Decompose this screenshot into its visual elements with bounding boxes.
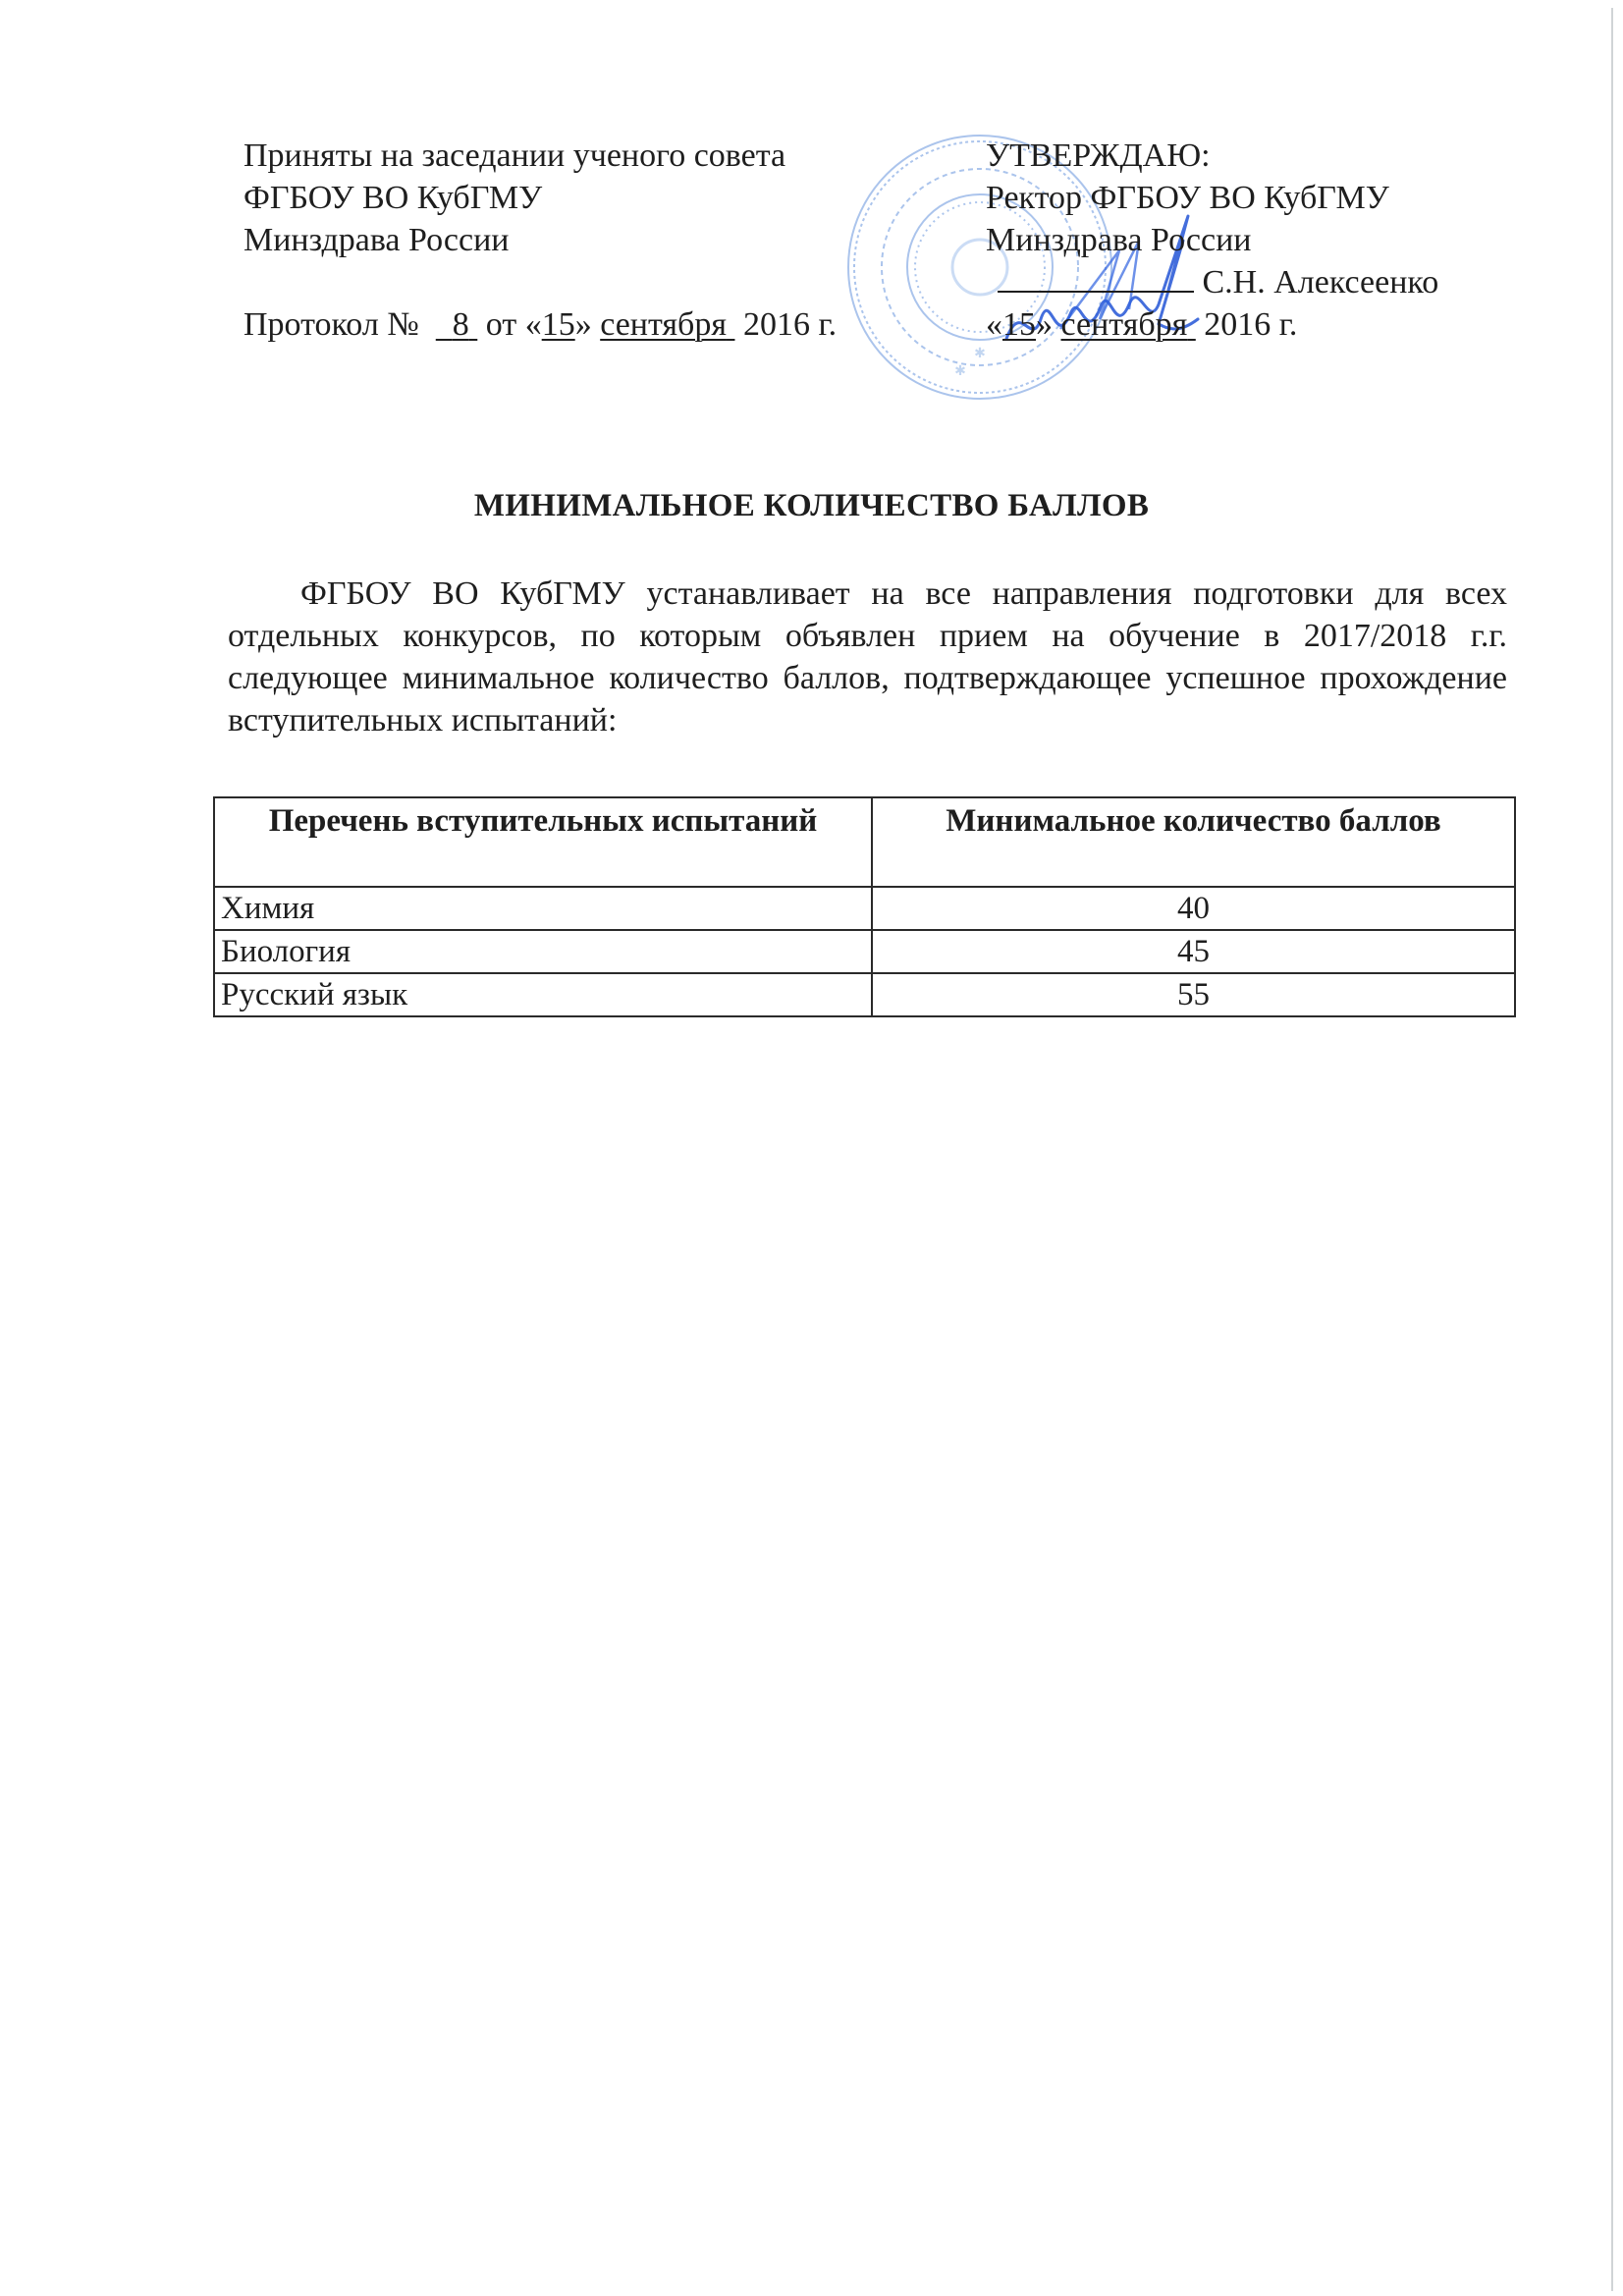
table-row: Химия 40 <box>214 887 1515 930</box>
ministry-line: Минздрава России <box>243 219 837 261</box>
svg-text:✱: ✱ <box>954 364 966 379</box>
protocol-line: Протокол № 8 от «15» сентября 2016 г. <box>243 303 837 346</box>
approve-heading: УТВЕРЖДАЮ: <box>986 135 1438 177</box>
document-title: МИНИМАЛЬНОЕ КОЛИЧЕСТВО БАЛЛОВ <box>0 488 1623 524</box>
rector-title-line: Ректор ФГБОУ ВО КубГМУ <box>986 177 1438 219</box>
signature-line: С.Н. Алексеенко <box>986 261 1438 303</box>
ministry-line: Минздрава России <box>986 219 1438 261</box>
body-paragraph: ФГБОУ ВО КубГМУ устанавливает на все нап… <box>228 573 1507 741</box>
page-edge <box>1611 8 1613 2291</box>
protocol-month: сентября <box>600 306 734 343</box>
protocol-from: от <box>486 306 516 343</box>
subject-cell: Биология <box>214 930 872 973</box>
approval-year: 2016 г. <box>1204 306 1297 343</box>
approval-council-block: Приняты на заседании ученого совета ФГБО… <box>243 135 837 346</box>
subject-cell: Русский язык <box>214 973 872 1016</box>
protocol-year: 2016 г. <box>743 306 837 343</box>
approval-day: 15 <box>1002 306 1036 343</box>
rector-approval-block: УТВЕРЖДАЮ: Ректор ФГБОУ ВО КубГМУ Минздр… <box>986 135 1438 346</box>
protocol-number: 8 <box>436 306 478 343</box>
header-exams: Перечень вступительных испытаний <box>214 797 872 887</box>
university-line: ФГБОУ ВО КубГМУ <box>243 177 837 219</box>
header-min-score: Минимальное количество баллов <box>872 797 1515 887</box>
signatory-name: С.Н. Алексеенко <box>1203 264 1439 301</box>
council-line: Приняты на заседании ученого совета <box>243 135 837 177</box>
minimum-scores-table: Перечень вступительных испытаний Минимал… <box>213 796 1516 1017</box>
score-cell: 55 <box>872 973 1515 1016</box>
subject-cell: Химия <box>214 887 872 930</box>
table-header-row: Перечень вступительных испытаний Минимал… <box>214 797 1515 887</box>
protocol-label: Протокол № <box>243 306 419 343</box>
approval-date-line: «15» сентября 2016 г. <box>986 303 1438 346</box>
approval-month: сентября <box>1061 306 1196 343</box>
signature-blank <box>998 261 1194 293</box>
protocol-day: 15 <box>542 306 575 343</box>
table-row: Русский язык 55 <box>214 973 1515 1016</box>
svg-text:✱: ✱ <box>974 347 986 361</box>
score-cell: 45 <box>872 930 1515 973</box>
score-cell: 40 <box>872 887 1515 930</box>
table-row: Биология 45 <box>214 930 1515 973</box>
